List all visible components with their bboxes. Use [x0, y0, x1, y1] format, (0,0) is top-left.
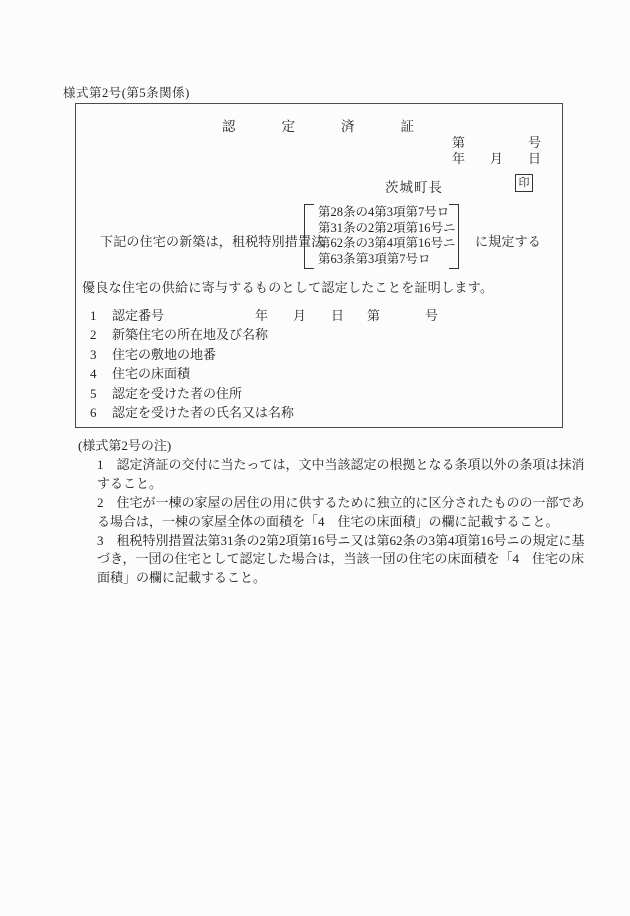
body-text-suffix: に規定する	[475, 231, 541, 250]
note3-line: 面積」の欄に記載すること。	[0, 569, 630, 588]
law-clause: 第28条の4第3項第7号ロ	[318, 205, 456, 221]
date-day-label: 日	[528, 148, 541, 167]
note3-line: 3 租税特別措置法第31条の2第2項第16号ニ又は第62条の3第4項第16号ニの…	[0, 532, 630, 551]
law-clause: 第31条の2第2項第16号ニ	[318, 221, 456, 237]
certificate-item-list: 1認定番号 年 月 日 第 号 2新築住宅の所在地及び名称 3住宅の敷地の地番 …	[90, 306, 560, 422]
title-char: 済	[341, 115, 355, 135]
item-label: 新築住宅の所在地及び名称	[112, 327, 268, 342]
law-clause-list: 第28条の4第3項第7号ロ 第31条の2第2項第16号ニ 第62条の3第4項第1…	[318, 205, 456, 268]
item-row-3: 3住宅の敷地の地番	[90, 345, 560, 364]
item-row-6: 6認定を受けた者の氏名又は名称	[90, 403, 560, 422]
item-number: 4	[90, 364, 112, 383]
date-month-label: 月	[490, 148, 503, 167]
law-clause: 第63条第3項第7号ロ	[318, 252, 456, 268]
item-number: 2	[90, 325, 112, 344]
item1-month-label: 月	[293, 306, 306, 325]
document-page: 様式第2号(第5条関係) 認 定 済 証 第 号 年 月 日 茨城町長 印 下記…	[0, 0, 630, 916]
item-label: 認定を受けた者の住所	[112, 386, 242, 401]
item-row-4: 4住宅の床面積	[90, 364, 560, 383]
item1-day-label: 日	[331, 306, 344, 325]
notes-section: (様式第2号の注) 1 認定済証の交付に当たっては，文中当該認定の根拠となる条項…	[0, 437, 630, 588]
item-label: 認定を受けた者の氏名又は名称	[112, 405, 294, 420]
item-label: 住宅の床面積	[112, 366, 190, 381]
item-row-2: 2新築住宅の所在地及び名称	[90, 325, 560, 344]
item-number: 6	[90, 403, 112, 422]
seal-label: 印	[519, 178, 530, 189]
date-year-label: 年	[452, 148, 465, 167]
note3-line: づき，一団の住宅として認定した場合は，当該一団の住宅の床面積を「4 住宅の床	[0, 550, 630, 569]
item1-go-label: 号	[425, 306, 438, 325]
title-char: 定	[282, 115, 296, 135]
seal-mark: 印	[515, 174, 533, 192]
item1-year-label: 年	[255, 306, 268, 325]
title-char: 証	[401, 115, 415, 135]
item1-dai-label: 第	[367, 306, 380, 325]
note2-line: 2 住宅が一棟の家屋の居住の用に供するために独立的に区分されたものの一部であ	[0, 494, 630, 513]
bracket-left	[304, 204, 314, 269]
item-number: 3	[90, 345, 112, 364]
body-text-line2: 優良な住宅の供給に寄与するものとして認定したことを証明します。	[82, 277, 493, 296]
notes-heading: (様式第2号の注)	[0, 437, 630, 456]
item-label: 住宅の敷地の地番	[112, 347, 216, 362]
note1-line: すること。	[0, 475, 630, 494]
title-char: 認	[222, 115, 236, 135]
form-number-label: 様式第2号(第5条関係)	[63, 83, 190, 101]
item-row-1: 1認定番号 年 月 日 第 号	[90, 306, 560, 325]
note1-line: 1 認定済証の交付に当たっては，文中当該認定の根拠となる条項以外の条項は抹消	[0, 456, 630, 475]
item-number: 5	[90, 384, 112, 403]
law-clause: 第62条の3第4項第16号ニ	[318, 236, 456, 252]
item-row-5: 5認定を受けた者の住所	[90, 384, 560, 403]
note2-line: る場合は，一棟の家屋全体の面積を「4 住宅の床面積」の欄に記載すること。	[0, 513, 630, 532]
body-text-prefix: 下記の住宅の新築は，租税特別措置法	[100, 231, 324, 250]
certificate-title: 認 定 済 証	[222, 115, 414, 135]
item-label: 認定番号	[112, 308, 164, 323]
item-number: 1	[90, 306, 112, 325]
issuer-name: 茨城町長	[385, 176, 443, 196]
